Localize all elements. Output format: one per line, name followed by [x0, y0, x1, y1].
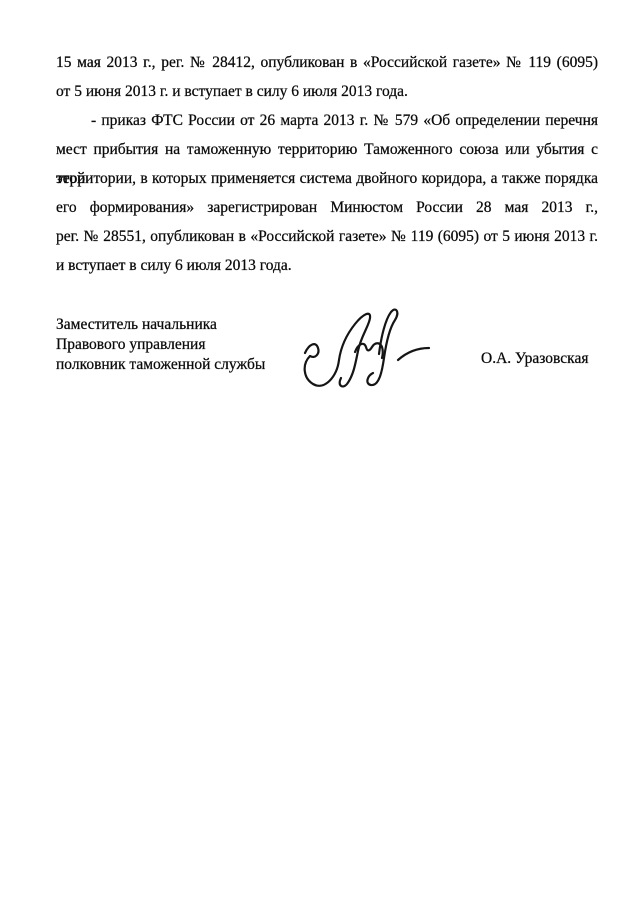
body-text-line: рег. № 28551, опубликован в «Российской …: [56, 222, 598, 251]
body-text-line: 15 мая 2013 г., рег. № 28412, опубликова…: [56, 48, 598, 77]
document-page: 15 мая 2013 г., рег. № 28412, опубликова…: [0, 0, 640, 905]
body-text-line: - приказ ФТС России от 26 марта 2013 г. …: [56, 106, 598, 135]
body-text-line: мест прибытия на таможенную территорию Т…: [56, 135, 598, 164]
body-text-line: и вступает в силу 6 июля 2013 года.: [56, 251, 598, 280]
document-body: 15 мая 2013 г., рег. № 28412, опубликова…: [56, 48, 598, 280]
signer-name: О.А. Уразовская: [481, 349, 588, 369]
handwritten-signature-icon: [297, 296, 437, 396]
body-text-line: территории, в которых применяется систем…: [56, 164, 598, 193]
body-text-line: его формирования» зарегистрирован Минюст…: [56, 193, 598, 222]
paragraph-order-579: - приказ ФТС России от 26 марта 2013 г. …: [56, 106, 598, 280]
paragraph-registration-28412: 15 мая 2013 г., рег. № 28412, опубликова…: [56, 48, 598, 106]
signer-title-line: Заместитель начальника: [56, 315, 306, 335]
signer-title-line: Правового управления: [56, 335, 306, 355]
signer-title-line: полковник таможенной службы: [56, 355, 306, 375]
signer-title-block: Заместитель начальника Правового управле…: [56, 315, 306, 375]
body-text-line: от 5 июня 2013 г. и вступает в силу 6 ию…: [56, 77, 598, 106]
